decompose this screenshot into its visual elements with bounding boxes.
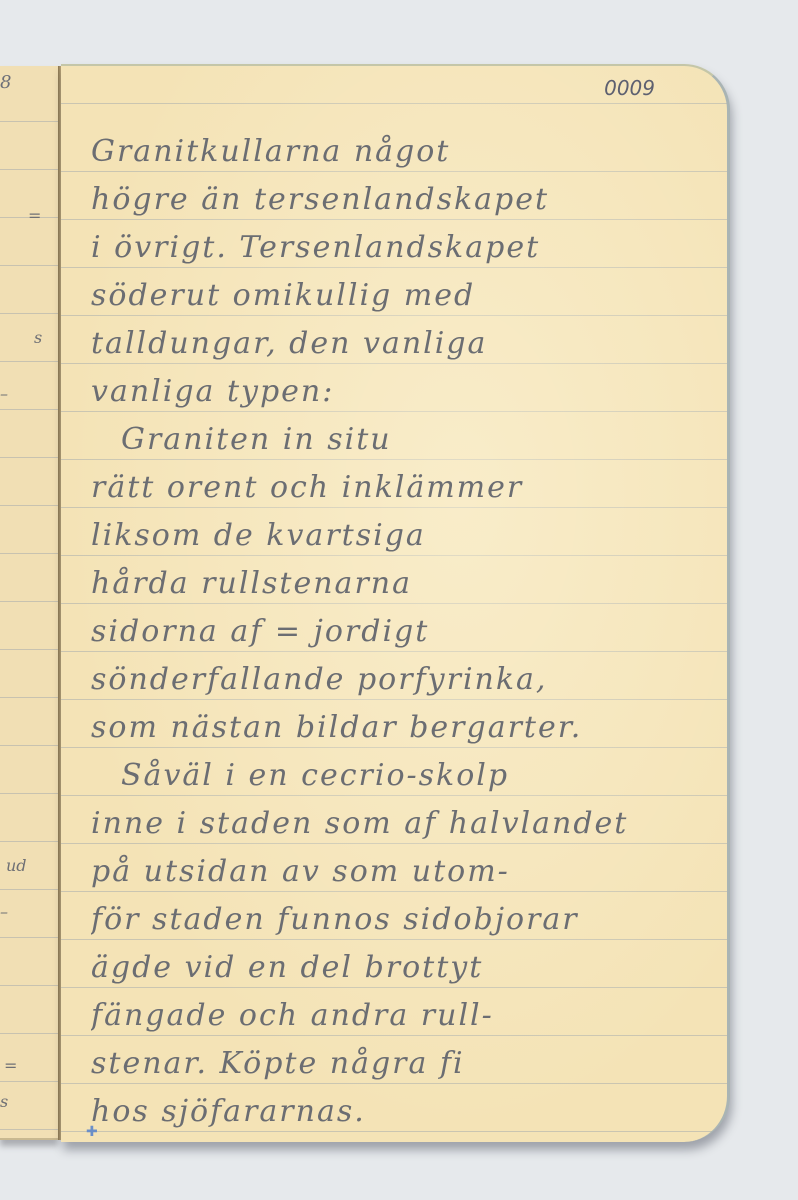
handwritten-line: som nästan bildar bergarter. [91,708,711,748]
handwritten-line: talldungar, den vanliga [91,324,711,364]
handwritten-line: Graniten in situ [121,420,711,460]
handwritten-line: sönderfallande porfyrinka, [91,660,711,700]
left-fragment: s [0,1092,8,1111]
handwritten-line: hårda rullstenarna [91,564,711,604]
handwritten-line: rätt orent och inklämmer [91,468,711,508]
handwritten-line: högre än tersenlandskapet [91,180,711,220]
left-fragment: – [0,902,8,921]
left-page: 8 = s – ud – = s [0,66,58,1140]
handwritten-line: liksom de kvartsiga [91,516,711,556]
handwritten-line: söderut omikullig med [91,276,711,316]
left-fragment: = [4,1056,17,1075]
right-page: 0009 Granitkullarna något högre än terse… [61,64,730,1142]
handwritten-line: sidorna af = jordigt [91,612,711,652]
handwritten-line: Granitkullarna något [91,132,711,172]
left-fragment: – [0,384,8,403]
page-number: 0009 [604,76,655,100]
handwritten-line: inne i staden som af halvlandet [91,804,711,844]
handwritten-line: hos sjöfararnas. [91,1092,711,1132]
handwritten-line: stenar. Köpte några fi [91,1044,711,1084]
handwritten-line: på utsidan av som utom- [91,852,711,892]
handwritten-line: vanliga typen: [91,372,711,412]
handwritten-line: för staden funnos sidobjorar [91,900,711,940]
handwritten-line: i övrigt. Tersenlandskapet [91,228,711,268]
left-page-number: 8 [0,72,11,93]
handwritten-line: Såväl i en cecrio-skolp [121,756,711,796]
left-fragment: = [28,206,41,225]
handwritten-line: fängade och andra rull- [91,996,711,1036]
handwritten-line: ägde vid en del brottyt [91,948,711,988]
left-fragment: ud [6,856,27,875]
blue-ink-mark-icon: ✚ [86,1124,96,1138]
left-fragment: s [34,328,42,347]
